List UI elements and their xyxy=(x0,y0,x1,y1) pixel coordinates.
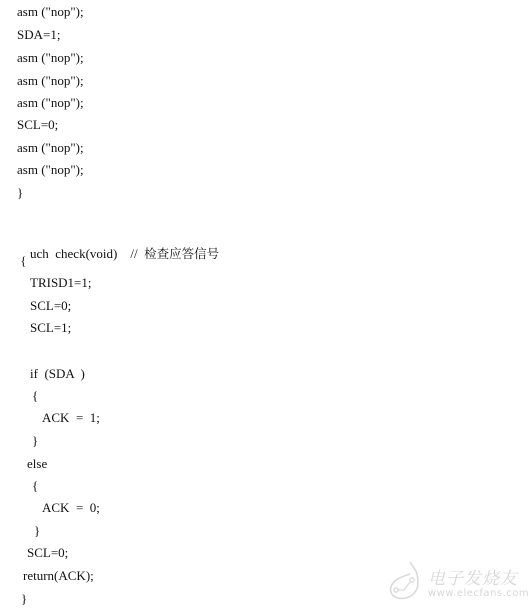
code-line: ACK = 1; xyxy=(42,410,100,426)
code-line: asm ("nop"); xyxy=(17,162,84,178)
comment-text: 检查应答信号 xyxy=(144,246,219,261)
function-signature-line: uch check(void) // 检查应答信号 xyxy=(17,230,219,278)
code-line: asm ("nop"); xyxy=(17,50,84,66)
code-line: else xyxy=(27,456,47,472)
watermark-url: www.elecfans.com xyxy=(428,588,529,599)
watermark-brand: 电子发烧友 xyxy=(428,564,518,589)
code-line: TRISD1=1; xyxy=(30,275,92,291)
code-line: asm ("nop"); xyxy=(17,73,84,89)
code-line: } xyxy=(17,185,23,201)
code-line: } xyxy=(32,433,38,449)
code-line: if (SDA ) xyxy=(30,366,85,382)
code-line: SCL=0; xyxy=(17,117,58,133)
code-line: SCL=0; xyxy=(27,545,68,561)
code-line: asm ("nop"); xyxy=(17,140,84,156)
code-line: ACK = 0; xyxy=(42,500,100,516)
code-line: } xyxy=(34,523,40,539)
code-line: asm ("nop"); xyxy=(17,95,84,111)
watermark: 电子发烧友 www.elecfans.com xyxy=(388,560,528,610)
code-line: { xyxy=(32,478,38,494)
code-line: return(ACK); xyxy=(23,568,94,584)
code-line: SCL=1; xyxy=(30,320,71,336)
code-line: asm ("nop"); xyxy=(17,4,84,20)
code-line: } xyxy=(21,591,27,607)
code-line: SCL=0; xyxy=(30,298,71,314)
code-line: { xyxy=(17,253,27,269)
elecfans-logo-icon xyxy=(388,560,428,606)
code-line: SDA=1; xyxy=(17,27,60,43)
code-line: { xyxy=(32,388,38,404)
function-signature: uch check(void) // xyxy=(30,246,144,261)
